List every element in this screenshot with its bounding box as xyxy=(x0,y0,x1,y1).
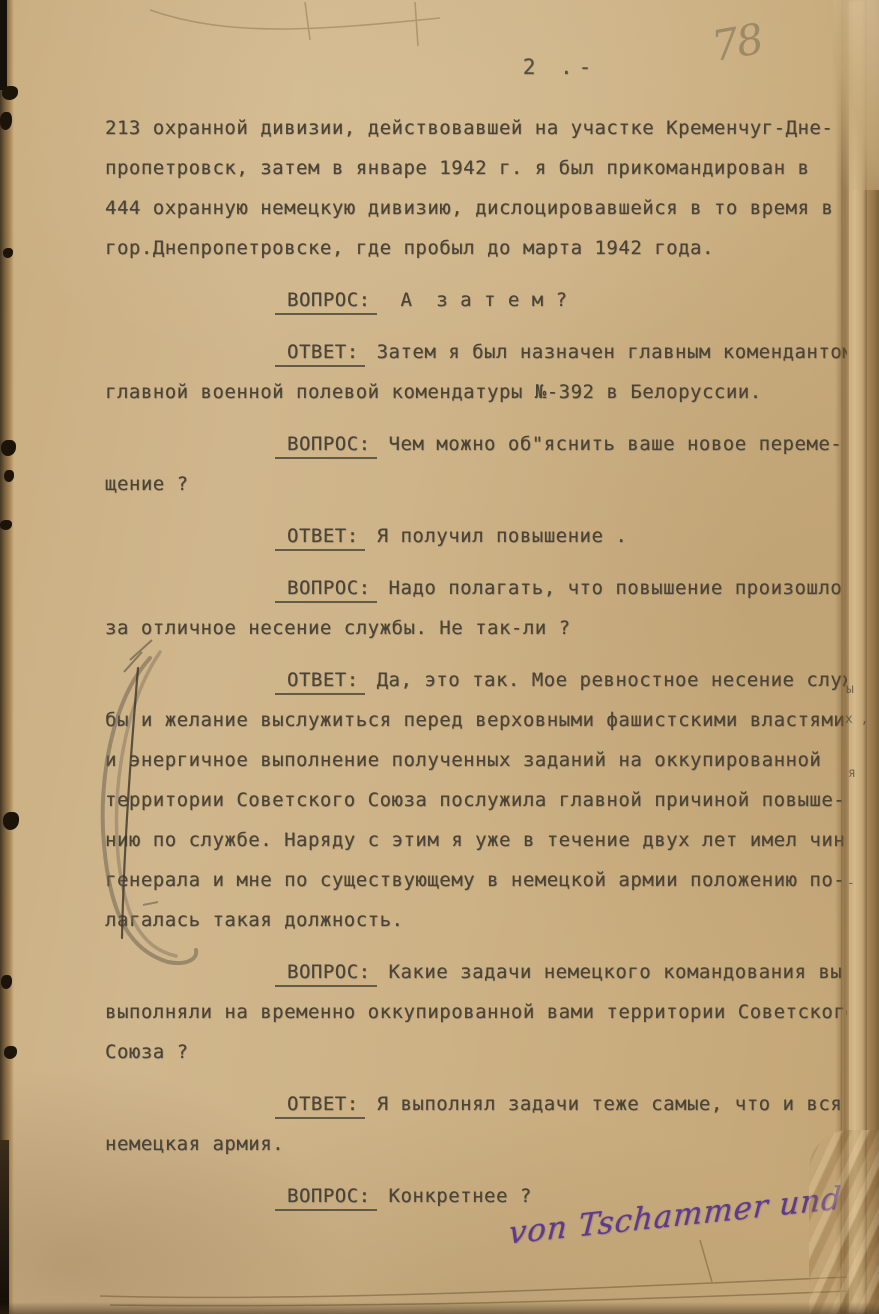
typed-text-area: 213 охранной дивизии, действовавшей на у… xyxy=(105,108,850,1216)
qa-block: ОТВЕТ: Я получил повышение . xyxy=(105,516,850,556)
typed-line: нию по службе. Наряду с этим я уже в теч… xyxy=(105,820,850,860)
typed-line: 444 охранную немецкую дивизию, дислоциро… xyxy=(105,188,850,228)
binding-edge xyxy=(0,0,14,1314)
qa-block: ВОПРОС: Какие задачи немецкого командова… xyxy=(105,952,850,1072)
typed-line: ОТВЕТ: Я выполнял задачи теже самые, что… xyxy=(287,1084,850,1124)
typed-line: территории Советского Союза послужила гл… xyxy=(105,780,850,820)
typed-line: лагалась такая должность. xyxy=(105,900,850,940)
answer-label: ОТВЕТ: xyxy=(275,525,365,551)
binding-edge-dark xyxy=(0,1140,9,1314)
edge-text-fragment: - xyxy=(847,876,855,891)
bottom-edge-shadow xyxy=(0,1302,879,1314)
question-label: ВОПРОС: xyxy=(275,961,377,987)
typed-line: ВОПРОС: Чем можно об"яснить ваше новое п… xyxy=(287,424,850,464)
body-paragraph: 213 охранной дивизии, действовавшей на у… xyxy=(105,108,850,268)
page-number: 2 .- xyxy=(480,55,640,79)
edge-text-fragment: ы xyxy=(846,682,854,697)
edge-text-fragment: х , xyxy=(845,712,868,727)
question-label: ВОПРОС: xyxy=(275,433,377,459)
qa-block: ВОПРОС: Чем можно об"яснить ваше новое п… xyxy=(105,424,850,504)
question-label: ВОПРОС: xyxy=(275,289,377,315)
typed-line: пропетровск, затем в январе 1942 г. я бы… xyxy=(105,148,850,188)
typed-line: бы и желание выслужиться перед верховным… xyxy=(105,700,850,740)
torn-edge-fragment xyxy=(4,1046,17,1059)
crumpled-corner xyxy=(809,1130,879,1314)
answer-label: ОТВЕТ: xyxy=(275,669,365,695)
qa-block: ВОПРОС: Надо полагать, что повышение про… xyxy=(105,568,850,648)
typed-line: за отличное несение службы. Не так-ли ? xyxy=(105,608,850,648)
qa-block: ВОПРОС: А з а т е м ? xyxy=(105,280,850,320)
torn-edge-fragment xyxy=(2,86,18,100)
qa-block: ОТВЕТ: Я выполнял задачи теже самые, что… xyxy=(105,1084,850,1164)
document-scan-page: 2 .- 78 213 охранной дивизии, действовав… xyxy=(0,0,879,1314)
typed-line: ВОПРОС: А з а т е м ? xyxy=(287,280,850,320)
typed-line: немецкая армия. xyxy=(105,1124,850,1164)
typed-line: ОТВЕТ: Да, это так. Мое ревностное несен… xyxy=(287,660,850,700)
typed-line: ОТВЕТ: Затем я был назначен главным коме… xyxy=(287,332,850,372)
page-edge-shadow xyxy=(835,0,849,1314)
typed-line: 213 охранной дивизии, действовавшей на у… xyxy=(105,108,850,148)
binding-edge-dark xyxy=(0,0,7,90)
answer-label: ОТВЕТ: xyxy=(275,341,365,367)
question-label: ВОПРОС: xyxy=(275,1185,377,1211)
page-fore-edge xyxy=(847,0,867,1314)
typed-line: и энергичное выполнение полученных задан… xyxy=(105,740,850,780)
answer-label: ОТВЕТ: xyxy=(275,1093,365,1119)
typed-line: ОТВЕТ: Я получил повышение . xyxy=(287,516,850,556)
typed-line: Союза ? xyxy=(105,1032,850,1072)
page-stack-edge xyxy=(866,0,879,1314)
handwritten-page-number: 78 xyxy=(708,14,765,71)
typed-line: главной военной полевой комендатуры №-39… xyxy=(105,372,850,412)
qa-block: ОТВЕТ: Да, это так. Мое ревностное несен… xyxy=(105,660,850,940)
question-label: ВОПРОС: xyxy=(275,577,377,603)
edge-text-fragment: я xyxy=(848,766,856,781)
typed-line: ВОПРОС: Надо полагать, что повышение про… xyxy=(287,568,850,608)
qa-block: ОТВЕТ: Затем я был назначен главным коме… xyxy=(105,332,850,412)
typed-line: гор.Днепропетровске, где пробыл до марта… xyxy=(105,228,850,268)
corner-fold xyxy=(833,0,879,190)
typed-line: выполняли на временно оккупированной вам… xyxy=(105,992,850,1032)
torn-edge-fragment xyxy=(3,812,19,830)
typed-line: ВОПРОС: Какие задачи немецкого командова… xyxy=(287,952,850,992)
typed-line: генерала и мне по существующему в немецк… xyxy=(105,860,850,900)
typed-line: щение ? xyxy=(105,464,850,504)
